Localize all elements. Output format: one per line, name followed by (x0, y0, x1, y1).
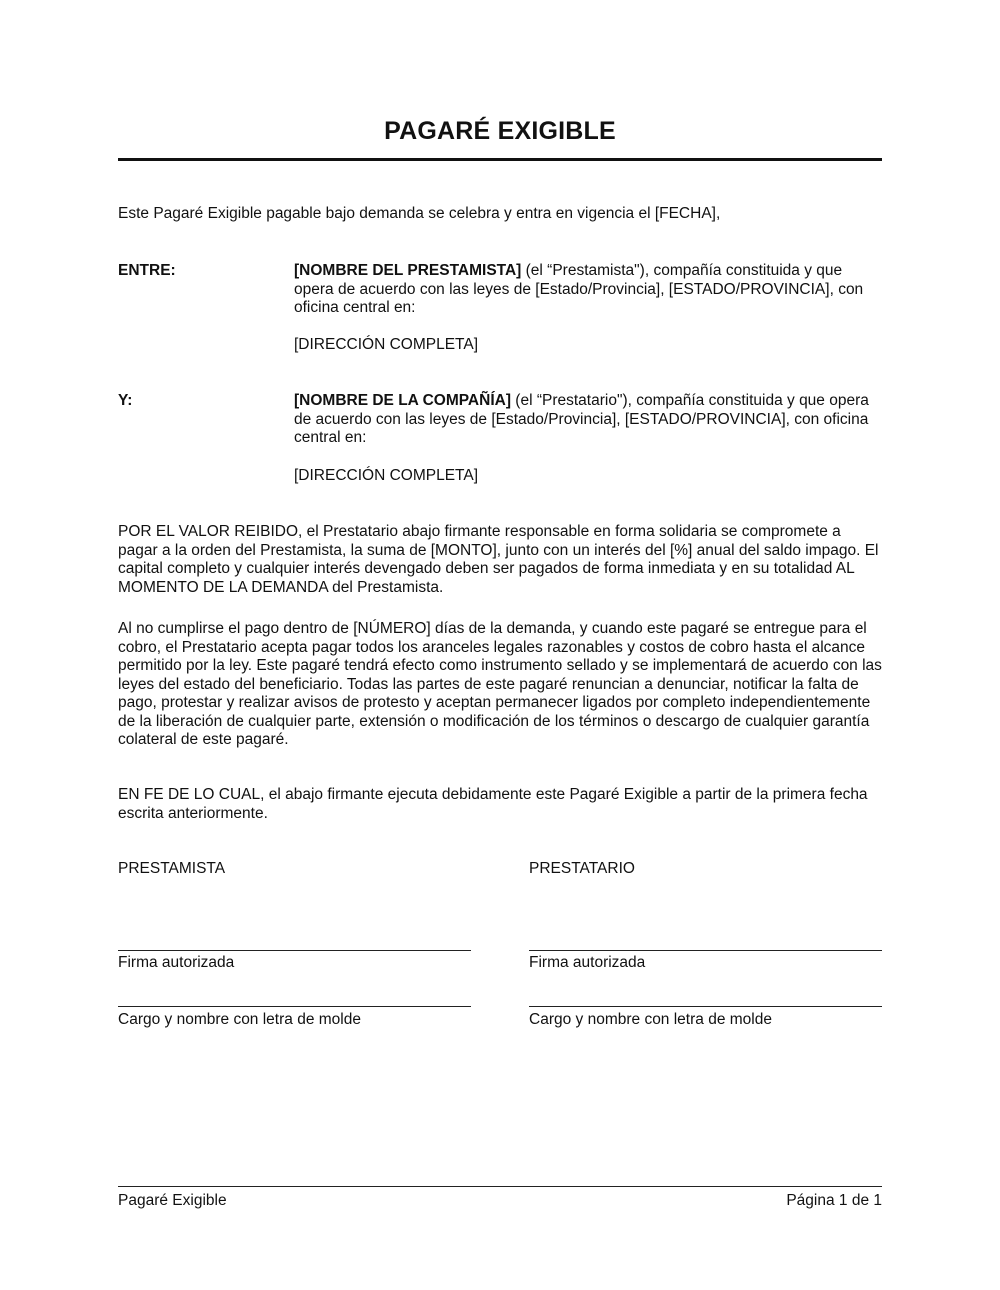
value-received-paragraph: POR EL VALOR REIBIDO, el Prestatario aba… (118, 523, 882, 597)
witness-paragraph: EN FE DE LO CUAL, el abajo firmante ejec… (118, 786, 882, 823)
intro-paragraph: Este Pagaré Exigible pagable bajo demand… (118, 205, 882, 224)
footer-document-name: Pagaré Exigible (118, 1192, 227, 1210)
footer-page-number: Página 1 de 1 (786, 1192, 882, 1210)
signature-line-lender (118, 950, 471, 951)
signature-heading-borrower: PRESTATARIO (529, 860, 635, 878)
signature-line-borrower (529, 950, 882, 951)
party-description-borrower: [NOMBRE DE LA COMPAÑÍA] (el “Prestatario… (294, 392, 884, 448)
footer-divider (118, 1186, 882, 1187)
party-description-lender: [NOMBRE DEL PRESTAMISTA] (el “Prestamist… (294, 262, 884, 318)
lender-name-placeholder: [NOMBRE DEL PRESTAMISTA] (294, 262, 521, 279)
borrower-address-placeholder: [DIRECCIÓN COMPLETA] (294, 467, 478, 485)
printed-name-line-lender (118, 1006, 471, 1007)
signature-caption-borrower: Firma autorizada (529, 954, 645, 972)
signature-caption-lender: Firma autorizada (118, 954, 234, 972)
default-terms-paragraph: Al no cumplirse el pago dentro de [NÚMER… (118, 620, 882, 750)
document-title: PAGARÉ EXIGIBLE (118, 117, 882, 146)
lender-address-placeholder: [DIRECCIÓN COMPLETA] (294, 336, 478, 354)
party-label-lender: ENTRE: (118, 262, 176, 280)
printed-name-caption-lender: Cargo y nombre con letra de molde (118, 1011, 361, 1029)
printed-name-line-borrower (529, 1006, 882, 1007)
document-page: PAGARÉ EXIGIBLE Este Pagaré Exigible pag… (118, 0, 882, 1290)
title-divider (118, 158, 882, 161)
printed-name-caption-borrower: Cargo y nombre con letra de molde (529, 1011, 772, 1029)
party-label-borrower: Y: (118, 392, 132, 410)
borrower-name-placeholder: [NOMBRE DE LA COMPAÑÍA] (294, 392, 511, 409)
signature-heading-lender: PRESTAMISTA (118, 860, 225, 878)
